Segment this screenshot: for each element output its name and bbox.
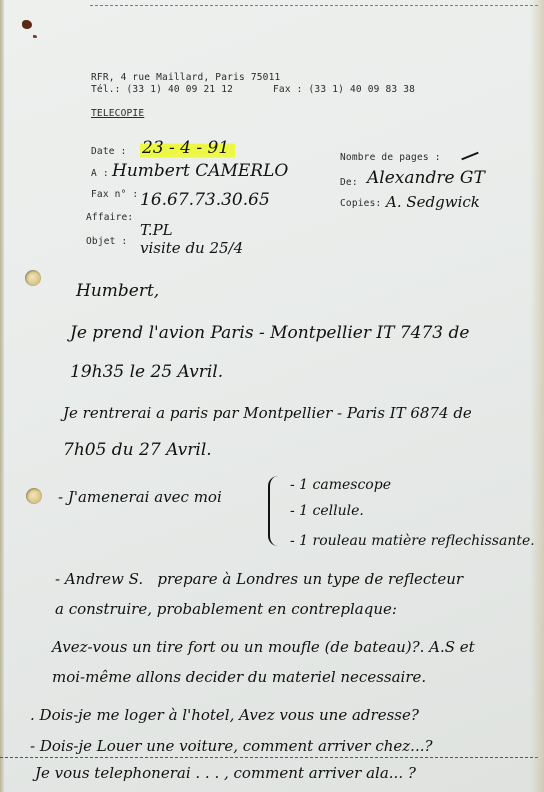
note-line: Je vous telephonerai . . . , comment arr… xyxy=(35,764,416,782)
objet-value: visite du 25/4 xyxy=(140,239,243,257)
note-line: a construire, probablement en contreplaq… xyxy=(55,600,397,618)
paragraph-2-line-2: 7h05 du 27 Avril. xyxy=(63,440,212,460)
affaire-label: Affaire: xyxy=(86,212,133,223)
to-label: A : xyxy=(91,168,109,179)
date-highlight: 23 - 4 - 91 xyxy=(140,138,235,158)
salutation: Humbert, xyxy=(76,281,159,301)
note-line: Avez-vous un tire fort ou un moufle (de … xyxy=(52,638,475,656)
perforation-line-top xyxy=(90,5,538,6)
pages-value-mark xyxy=(461,152,478,161)
paragraph-2-line-1: Je rentrerai a paris par Montpellier - P… xyxy=(63,404,472,422)
bring-item: - 1 camescope xyxy=(290,477,391,493)
note-line: . Dois-je me loger à l'hotel, Avez vous … xyxy=(30,706,419,724)
bring-item: - 1 rouleau matière reflechissante. xyxy=(290,533,535,549)
paragraph-1-line-1: Je prend l'avion Paris - Montpellier IT … xyxy=(70,323,469,343)
fax-number-label: Fax n° : xyxy=(91,189,138,200)
date-value: 23 - 4 - 91 xyxy=(140,138,235,158)
document-type: TELECOPIE xyxy=(91,108,144,119)
paragraph-1-line-2: 19h35 le 25 Avril. xyxy=(70,362,223,382)
bring-item: - 1 cellule. xyxy=(290,503,364,519)
letterhead-tel: Tél.: (33 1) 40 09 21 12 xyxy=(91,84,233,95)
affaire-value: T.PL xyxy=(140,221,173,239)
bring-intro: - J'amenerai avec moi xyxy=(58,488,222,506)
fax-number-value: 16.67.73.30.65 xyxy=(140,190,270,210)
from-label: De: xyxy=(340,177,358,188)
note-line: - Dois-je Louer une voiture, comment arr… xyxy=(30,737,433,755)
date-label: Date : xyxy=(91,146,127,157)
pages-label: Nombre de pages : xyxy=(340,152,441,163)
perforation-line-bottom xyxy=(0,757,538,758)
fax-page: RFR, 4 rue Maillard, Paris 75011 Tél.: (… xyxy=(0,0,544,792)
curly-brace xyxy=(268,476,280,546)
from-value: Alexandre GT xyxy=(367,168,485,188)
punch-hole-icon xyxy=(25,270,41,286)
copies-value: A. Sedgwick xyxy=(386,193,480,211)
letterhead-address: RFR, 4 rue Maillard, Paris 75011 xyxy=(91,72,280,83)
ink-stain xyxy=(22,20,32,29)
note-line: moi-même allons decider du materiel nece… xyxy=(52,668,426,686)
objet-label: Objet : xyxy=(86,236,127,247)
punch-hole-icon xyxy=(26,488,42,504)
copies-label: Copies: xyxy=(340,198,381,209)
letterhead-fax: Fax : (33 1) 40 09 83 38 xyxy=(273,84,415,95)
to-value: Humbert CAMERLO xyxy=(112,161,288,181)
note-line: - Andrew S. prepare à Londres un type de… xyxy=(55,570,463,588)
paper-edge xyxy=(0,0,4,792)
